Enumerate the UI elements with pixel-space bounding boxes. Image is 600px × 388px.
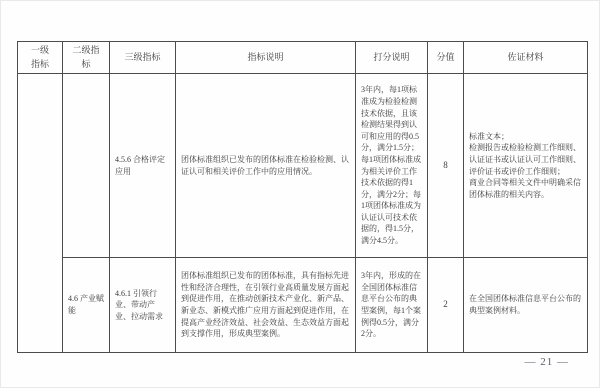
col-header-level1: 一级指标 (18, 42, 63, 74)
evaluation-table: 一级指标 二级指标 三级指标 指标说明 打分说明 分值 佐证材料 4.5.6 合… (17, 41, 588, 353)
cell-r2-evidence: 在全国团体标准信息平台公布的典型案例材料。 (464, 258, 588, 353)
document-page: 一级指标 二级指标 三级指标 指标说明 打分说明 分值 佐证材料 4.5.6 合… (0, 0, 600, 388)
table-row: 4.6 产业赋能 4.6.1 引领行业、带动产业、拉动需求 团体标准组织已发布的… (18, 258, 588, 353)
cell-r1-level3: 4.5.6 合格评定应用 (110, 74, 176, 258)
cell-level1-merged (18, 74, 63, 353)
table-header-row: 一级指标 二级指标 三级指标 指标说明 打分说明 分值 佐证材料 (18, 42, 588, 74)
cell-r2-description: 团体标准组织已发布的团体标准，具有指标先进性和经济合理性，在引领行业高质量发展方… (176, 258, 356, 353)
cell-r1-evidence: 标准文本； 检测报告或检验检测工作细则、认证证书或认证认可工作细则、评价证书或评… (464, 74, 588, 258)
page-number: — 21 — (525, 356, 570, 368)
col-header-level2: 二级指标 (63, 42, 110, 74)
cell-r1-level2 (63, 74, 110, 258)
table-row: 4.5.6 合格评定应用 团体标准组织已发布的团体标准在检验检测、认证认可和相关… (18, 74, 588, 258)
cell-r1-score: 8 (428, 74, 464, 258)
col-header-evidence: 佐证材料 (464, 42, 588, 74)
cell-r2-level2: 4.6 产业赋能 (63, 258, 110, 353)
col-header-description: 指标说明 (176, 42, 356, 74)
cell-r2-score: 2 (428, 258, 464, 353)
cell-r2-scoring: 3年内，形成的在全国团体标准信息平台公布的典型案例，每1个案例得0.5分，满分2… (356, 258, 428, 353)
col-header-scoring: 打分说明 (356, 42, 428, 74)
col-header-score: 分值 (428, 42, 464, 74)
cell-r1-scoring: 3年内，每1项标准成为检验检测技术依据，且该检测结果得到认可和应用的得0.5分，… (356, 74, 428, 258)
col-header-level3: 三级指标 (110, 42, 176, 74)
cell-r2-level3: 4.6.1 引领行业、带动产业、拉动需求 (110, 258, 176, 353)
cell-r1-description: 团体标准组织已发布的团体标准在检验检测、认证认可和相关评价工作中的应用情况。 (176, 74, 356, 258)
